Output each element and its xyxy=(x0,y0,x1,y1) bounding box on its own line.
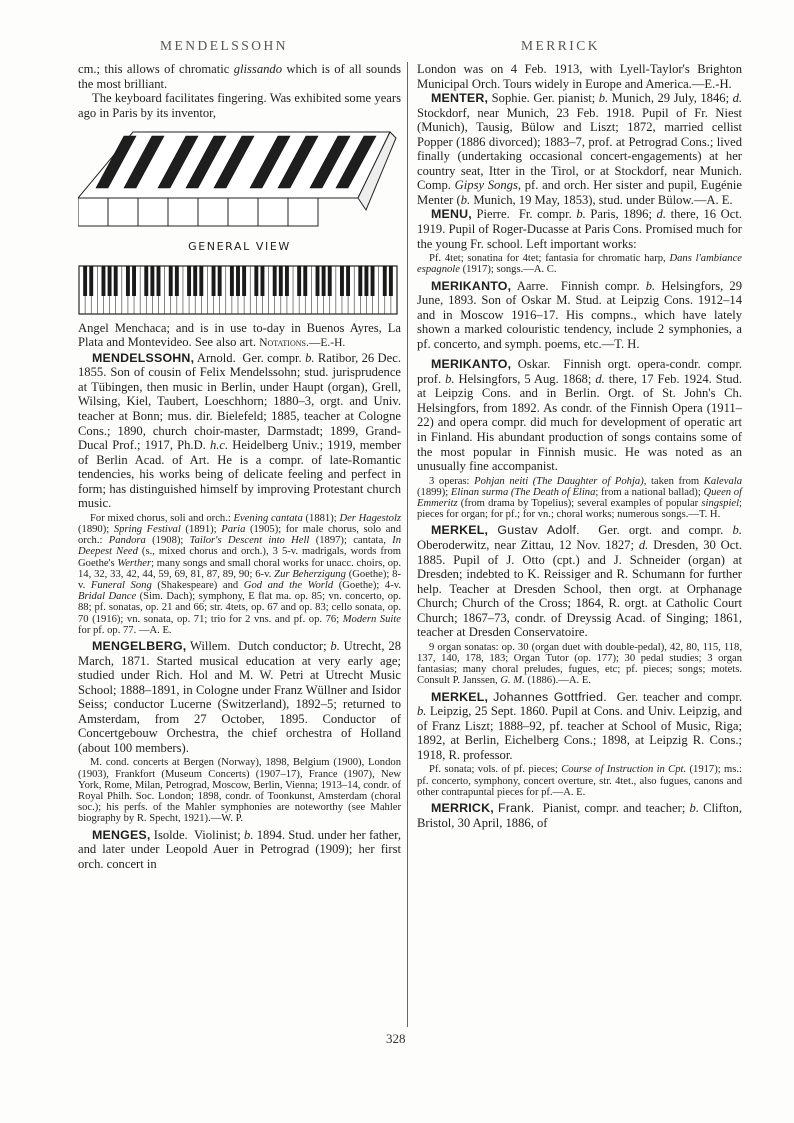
running-head-right: MERRICK xyxy=(521,38,600,54)
keyboard-plan-illustration xyxy=(78,265,401,317)
entry-menges: MENGES, Isolde. Violinist; b. 1894. Stud… xyxy=(78,828,401,872)
continued-text: London was on 4 Feb. 1913, with Lyell-Ta… xyxy=(417,62,742,91)
entry-merkel-johannes: MERKEL, Johannes Gottfried. Ger. teacher… xyxy=(417,690,742,763)
headword: MENDELSSOHN, xyxy=(92,351,194,365)
right-column: London was on 4 Feb. 1913, with Lyell-Ta… xyxy=(417,62,742,830)
left-column: cm.; this allows of chromatic glissando … xyxy=(78,62,401,871)
works-list: 9 organ sonatas: op. 30 (organ duet with… xyxy=(417,642,742,687)
running-head-left: MENDELSSOHN xyxy=(160,38,288,54)
notes: M. cond. concerts at Bergen (Norway), 18… xyxy=(78,757,401,824)
keyboard-figure: GENERAL VIEW xyxy=(78,126,401,317)
entry-menu: MENU, Pierre. Fr. compr. b. Paris, 1896;… xyxy=(417,207,742,251)
entry-mendelssohn-arnold: MENDELSSOHN, Arnold. Ger. compr. b. Rati… xyxy=(78,351,401,511)
works-list: For mixed chorus, soli and orch.: Evenin… xyxy=(78,513,401,636)
entry-menter: MENTER, Sophie. Ger. pianist; b. Munich,… xyxy=(417,91,742,207)
headword: MERKEL, xyxy=(431,523,488,537)
page-number: 328 xyxy=(386,1031,406,1047)
entry-merkel-gustav: MERKEL, Gustav Adolf. Ger. orgt. and com… xyxy=(417,523,742,639)
headword: MENGELBERG, xyxy=(92,639,186,653)
figure-caption: GENERAL VIEW xyxy=(78,240,401,255)
entry-merikanto-aarre: MERIKANTO, Aarre. Finnish compr. b. Hels… xyxy=(417,279,742,352)
headword: MERIKANTO, xyxy=(431,279,511,293)
entry-merikanto-oskar: MERIKANTO, Oskar. Finnish orgt. opera-co… xyxy=(417,357,742,473)
continued-text: cm.; this allows of chromatic glissando … xyxy=(78,62,401,91)
headword: MENU, xyxy=(431,207,472,221)
headword: MENTER, xyxy=(431,91,488,105)
headword: MENGES, xyxy=(92,828,151,842)
headword: MERRICK, xyxy=(431,801,494,815)
headword: MERIKANTO, xyxy=(431,357,511,371)
column-divider xyxy=(407,62,408,1027)
continued-text: The keyboard facilitates fingering. Was … xyxy=(78,91,401,120)
works-list: 3 operas: Pohjan neiti (The Daughter of … xyxy=(417,476,742,521)
works-list: Pf. sonata; vols. of pf. pieces; Course … xyxy=(417,764,742,798)
entry-merrick: MERRICK, Frank. Pianist, compr. and teac… xyxy=(417,801,742,830)
keyboard-perspective-illustration xyxy=(78,126,401,234)
continued-text: Angel Menchaca; and is in use to-day in … xyxy=(78,321,401,351)
entry-mengelberg: MENGELBERG, Willem. Dutch conductor; b. … xyxy=(78,639,401,755)
works-list: Pf. 4tet; sonatina for 4tet; fantasia fo… xyxy=(417,253,742,275)
headword: MERKEL, xyxy=(431,690,488,704)
